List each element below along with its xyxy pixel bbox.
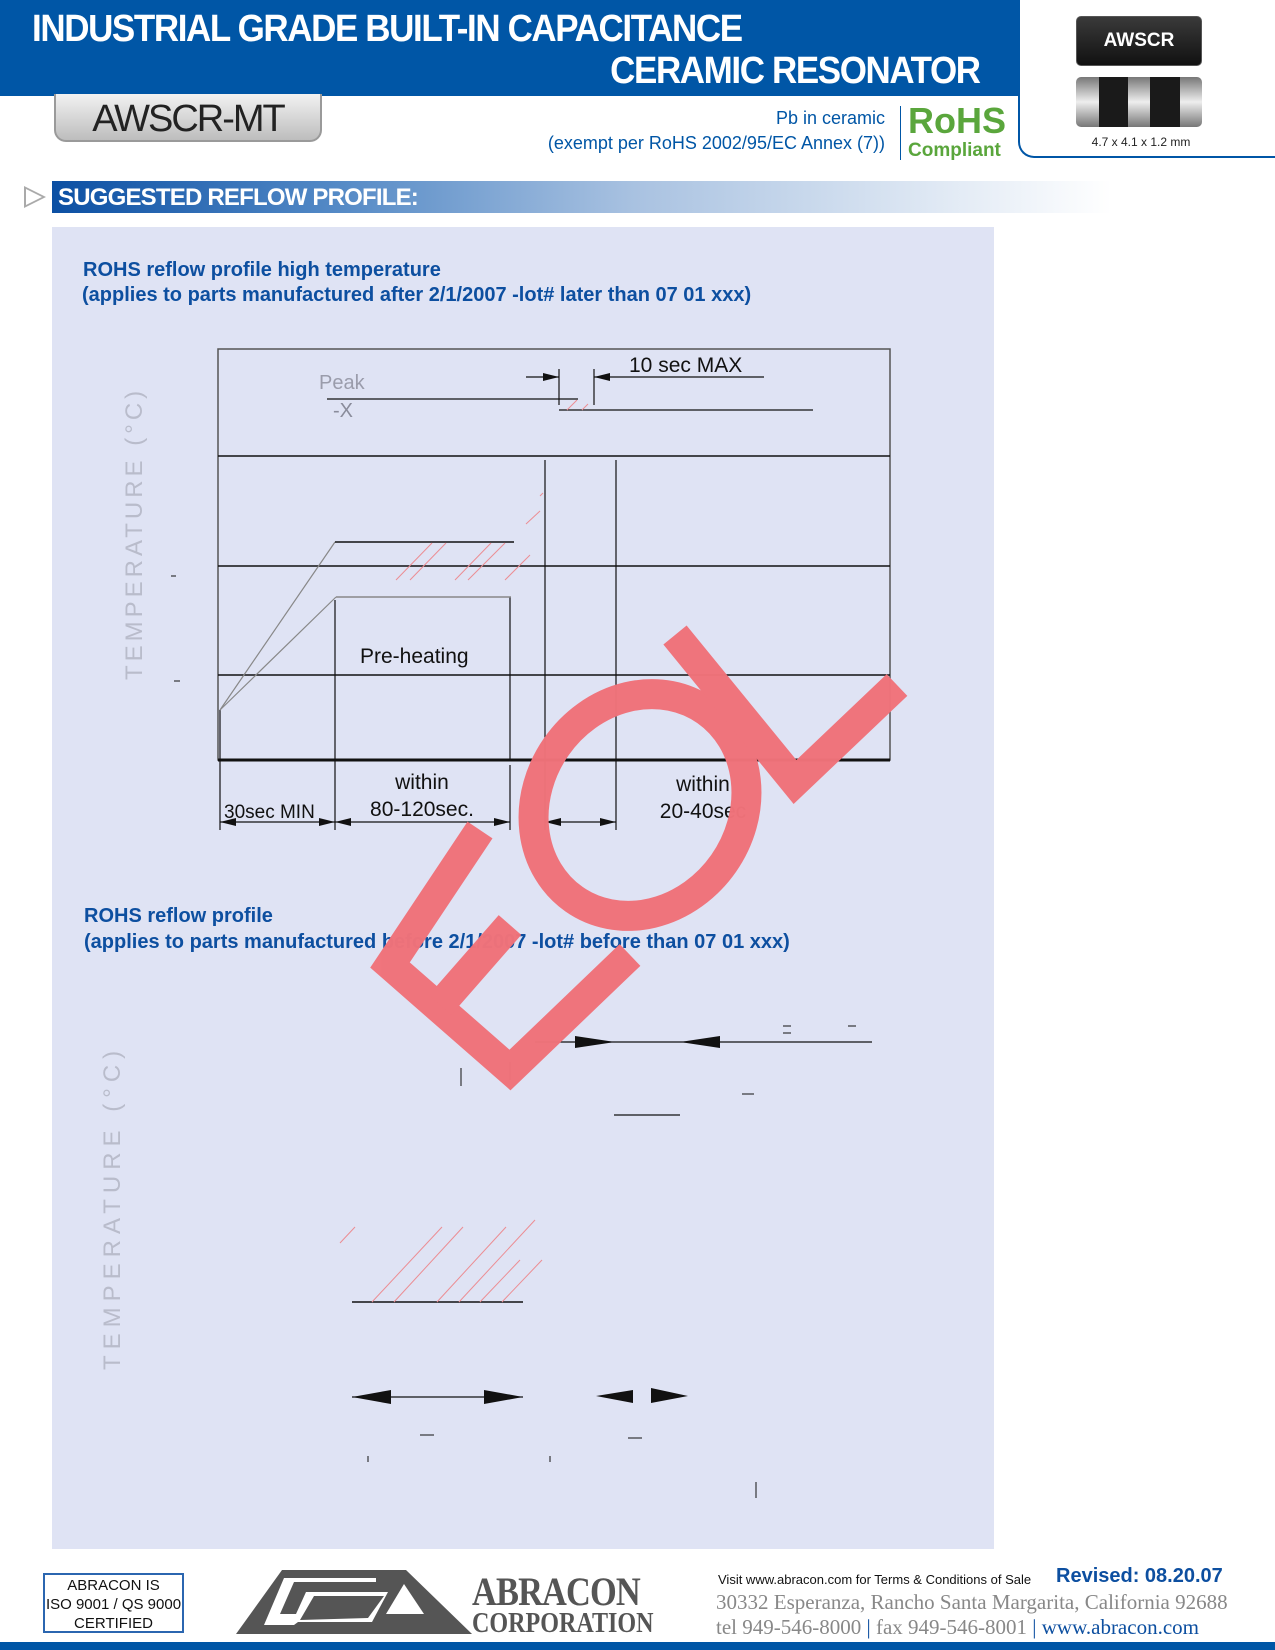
separator: | xyxy=(866,1615,875,1639)
abracon-logo-icon xyxy=(236,1570,476,1634)
fax: fax 949-546-8001 xyxy=(876,1615,1027,1639)
company-address: 30332 Esperanza, Rancho Santa Margarita,… xyxy=(716,1590,1228,1615)
iso-line2: ISO 9001 / QS 9000 xyxy=(43,1596,184,1613)
company-subtitle: CORPORATION xyxy=(472,1608,654,1640)
separator: | xyxy=(1032,1615,1041,1639)
phone: tel 949-546-8000 xyxy=(716,1615,861,1639)
iso-line1: ABRACON IS xyxy=(43,1577,184,1594)
website-link[interactable]: www.abracon.com xyxy=(1042,1615,1199,1639)
eol-text: EOL xyxy=(0,0,32,4)
footer-band xyxy=(0,1642,1275,1650)
terms-link[interactable]: Visit www.abracon.com for Terms & Condit… xyxy=(718,1572,1031,1587)
revision-date: Revised: 08.20.07 xyxy=(1056,1565,1223,1588)
eol-watermark: EOL xyxy=(0,0,1275,1650)
iso-line3: CERTIFIED xyxy=(43,1615,184,1632)
contact-line: tel 949-546-8000 | fax 949-546-8001 | ww… xyxy=(716,1615,1199,1640)
